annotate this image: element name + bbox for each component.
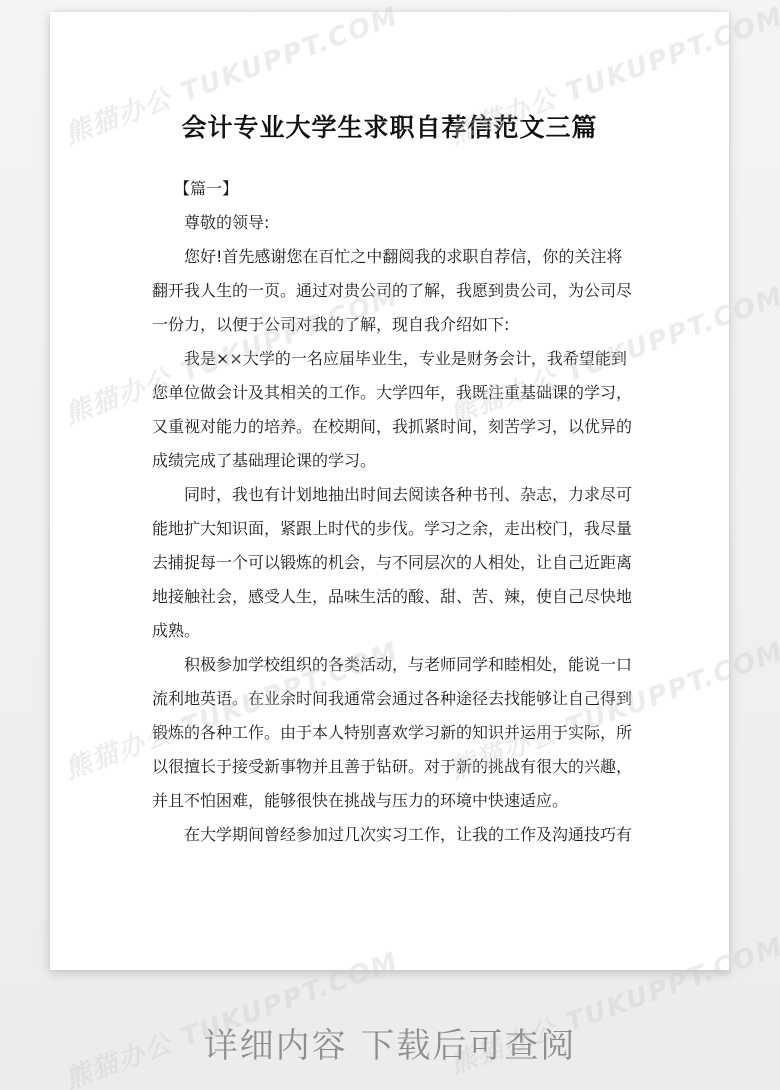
document-page: 会计专业大学生求职自荐信范文三篇 【篇一】 尊敬的领导: 您好!首先感谢您在百忙… (50, 12, 729, 970)
body-line: 并且不怕困难，能够很快在挑战与压力的环境中快速适应。 (152, 784, 628, 818)
body-line: 去捕捉每一个可以锻炼的机会，与不同层次的人相处，让自己近距离 (152, 546, 628, 580)
body-line: 翻开我人生的一页。通过对贵公司的了解，我愿到贵公司，为公司尽 (152, 274, 628, 308)
body-line: 地接触社会，感受人生，品味生活的酸、甜、苦、辣，使自己尽快地 (152, 580, 628, 614)
body-line: 能地扩大知识面，紧跟上时代的步伐。学习之余，走出校门，我尽量 (152, 512, 628, 546)
body-line: 又重视对能力的培养。在校期间，我抓紧时间，刻苦学习，以优异的 (152, 410, 628, 444)
body-line: 同时，我也有计划地抽出时间去阅读各种书刊、杂志，力求尽可 (152, 478, 628, 512)
document-title: 会计专业大学生求职自荐信范文三篇 (50, 108, 729, 144)
body-line: 积极参加学校组织的各类活动，与老师同学和睦相处，能说一口 (152, 648, 628, 682)
body-line: 在大学期间曾经参加过几次实习工作，让我的工作及沟通技巧有 (152, 818, 628, 852)
salutation: 尊敬的领导: (152, 206, 628, 240)
download-prompt: 详细内容 下载后可查阅 (0, 1018, 780, 1067)
body-line: 一份力，以便于公司对我的了解，现自我介绍如下: (152, 308, 628, 342)
body-line: 您好!首先感谢您在百忙之中翻阅我的求职自荐信，你的关注将 (152, 240, 628, 274)
section-heading: 【篇一】 (152, 172, 628, 206)
body-line: 以很擅长于接受新事物并且善于钻研。对于新的挑战有很大的兴趣， (152, 750, 628, 784)
body-line: 流利地英语。在业余时间我通常会通过各种途径去找能够让自己得到 (152, 682, 628, 716)
body-line: 您单位做会计及其相关的工作。大学四年，我既注重基础课的学习， (152, 376, 628, 410)
body-line: 成熟。 (152, 614, 628, 648)
body-line: 锻炼的各种工作。由于本人特别喜欢学习新的知识并运用于实际，所 (152, 716, 628, 750)
body-line: 成绩完成了基础理论课的学习。 (152, 444, 628, 478)
body-line: 我是××大学的一名应届毕业生，专业是财务会计，我希望能到 (152, 342, 628, 376)
document-body: 【篇一】 尊敬的领导: 您好!首先感谢您在百忙之中翻阅我的求职自荐信，你的关注将… (152, 172, 628, 852)
